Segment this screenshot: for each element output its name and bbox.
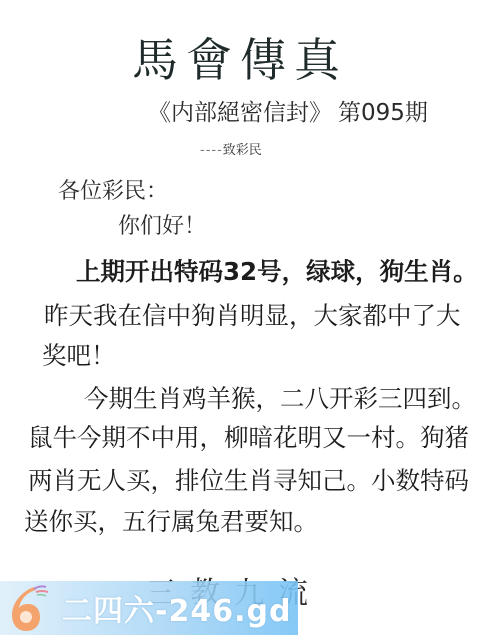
issue-number: 第095期 (338, 100, 428, 126)
watermark-banner: 二四六-246.gd (0, 581, 298, 635)
body-line-7: 送你买，五行属兔君要知。 (24, 504, 318, 540)
document-subtitle: 《内部絕密信封》第095期 (148, 96, 428, 130)
body-line-5: 鼠牛今期不中用，柳暗花明又一村。狗猪 (28, 420, 469, 456)
six-logo-icon (4, 583, 48, 633)
body-line-1: 上期开出特码32号，绿球，狗生肖。 (76, 254, 478, 290)
watermark-text: 二四六-246.gd (62, 586, 291, 630)
greeting: 各位彩民： (58, 176, 168, 208)
signature: ----致彩民 (200, 140, 262, 162)
hello-line: 你们好！ (118, 211, 206, 243)
signature-dashes: ---- (200, 143, 223, 158)
body-line-3: 奖吧！ (42, 338, 116, 374)
body-line-6: 两肖无人买，排位生肖寻知己。小数特码 (28, 463, 469, 499)
body-line-2: 昨天我在信中狗肖明显，大家都中了大 (44, 298, 461, 334)
signature-text: 致彩民 (223, 143, 262, 158)
body-line-4: 今期生肖鸡羊猴，二八开彩三四到。 (84, 381, 476, 417)
subtitle-label: 《内部絕密信封》 (148, 100, 332, 126)
document-title: 馬會傳真 (132, 32, 348, 88)
